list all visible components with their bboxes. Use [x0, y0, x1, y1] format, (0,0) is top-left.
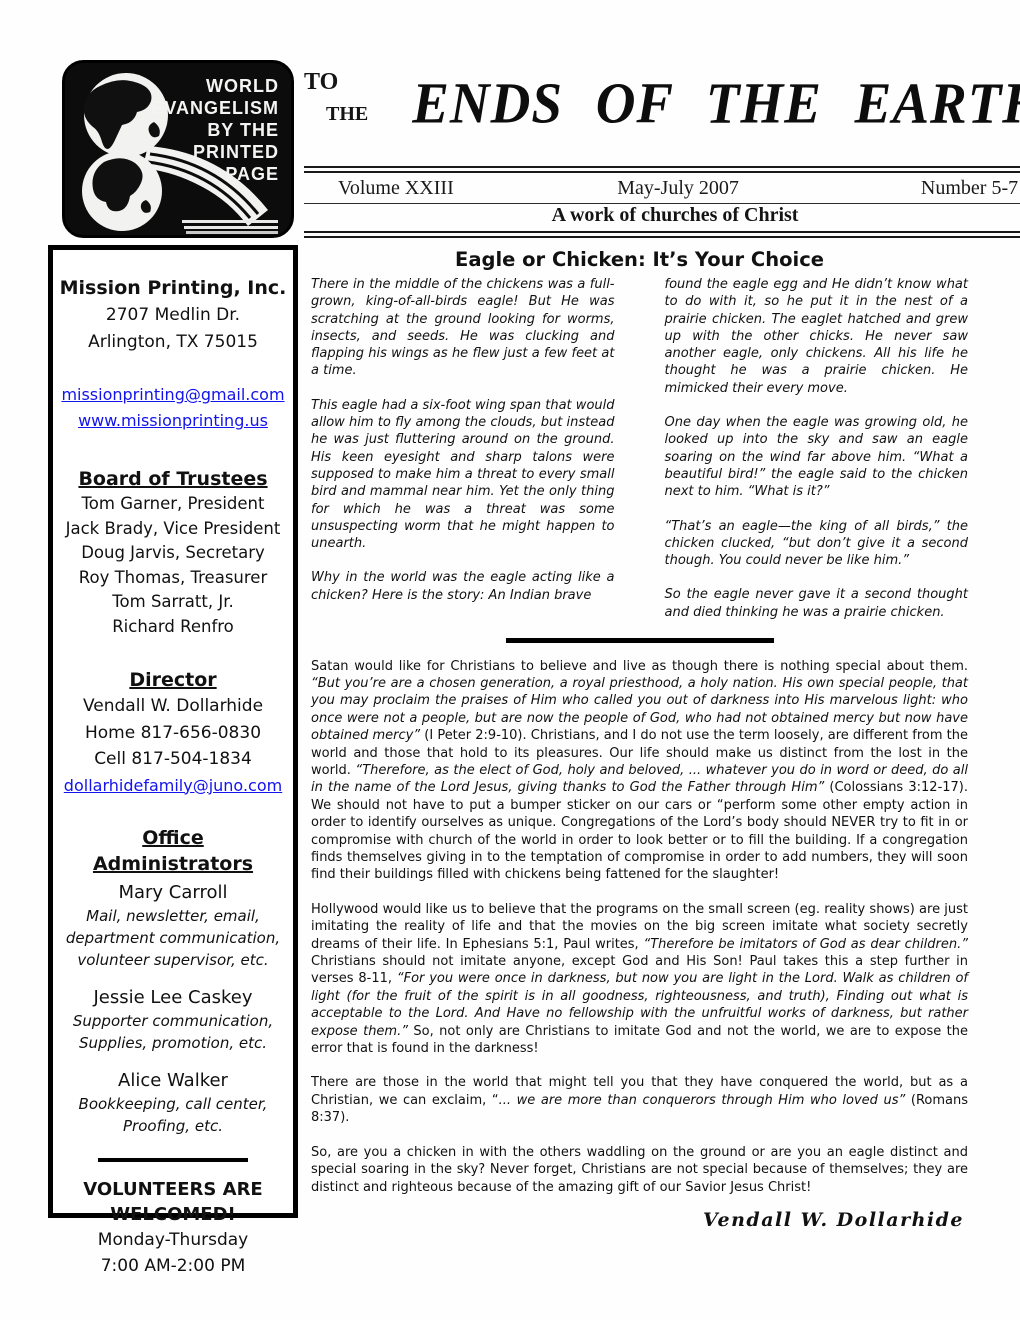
story-paragraph: “That’s an eagle—the king of all birds,”…	[665, 518, 969, 570]
story-column-left: There in the middle of the chickens was …	[311, 276, 615, 638]
org-address-line1: 2707 Medlin Dr.	[59, 302, 287, 329]
author-signature: Vendall W. Dollarhide	[311, 1209, 968, 1231]
admin-role: Bookkeeping, call center, Proofing, etc.	[59, 1093, 287, 1137]
director-email-link[interactable]: dollarhidefamily@juno.com	[59, 773, 287, 799]
trustee-item: Roy Thomas, Treasurer	[59, 566, 287, 591]
to-word: TO	[304, 70, 368, 94]
globe-africa-icon	[82, 151, 162, 231]
volume-label: Volume XXIII	[338, 177, 565, 200]
logo-text-line: WORLD	[206, 76, 279, 96]
newsletter-page: WORLD EVANGELISM BY THE PRINTED PAGE TO …	[0, 0, 1020, 1320]
article-title: Eagle or Chicken: It’s Your Choice	[311, 248, 968, 271]
logo-text-line: EVANGELISM	[151, 98, 279, 118]
logo-text-line: BY THE	[207, 120, 279, 140]
section-divider	[506, 638, 774, 643]
story-columns: There in the middle of the chickens was …	[311, 276, 968, 638]
masthead-right: TO THE ENDS OF THE EARTH Volume XXIII Ma…	[304, 60, 1020, 238]
trustee-item: Doug Jarvis, Secretary	[59, 541, 287, 566]
volunteers-heading-line1: VOLUNTEERS ARE	[59, 1177, 287, 1202]
director-name: Vendall W. Dollarhide	[59, 693, 287, 720]
tagline: A work of churches of Christ	[304, 204, 1020, 231]
admin-name: Jessie Lee Caskey	[59, 986, 287, 1010]
sidebar-divider	[98, 1158, 248, 1163]
trustee-item: Tom Sarratt, Jr.	[59, 590, 287, 615]
director-cell-phone: Cell 817-504-1834	[59, 746, 287, 773]
masthead-rule-top	[304, 166, 1020, 173]
logo-text-line: PAGE	[225, 164, 279, 184]
org-name: Mission Printing, Inc.	[59, 274, 287, 302]
admin-name: Mary Carroll	[59, 881, 287, 905]
to-the-label: TO THE	[304, 70, 368, 124]
issue-date: May-July 2007	[565, 177, 792, 200]
story-column-right: found the eagle egg and He didn’t know w…	[665, 276, 969, 638]
trustee-item: Richard Renfro	[59, 615, 287, 640]
story-paragraph: found the eagle egg and He didn’t know w…	[665, 276, 969, 397]
article: Eagle or Chicken: It’s Your Choice There…	[311, 245, 968, 1231]
masthead-rule-bottom	[304, 231, 1020, 238]
info-sidebar: Mission Printing, Inc. 2707 Medlin Dr. A…	[48, 245, 298, 1218]
org-address-line2: Arlington, TX 75015	[59, 329, 287, 356]
masthead: WORLD EVANGELISM BY THE PRINTED PAGE TO …	[62, 60, 965, 238]
story-paragraph: There in the middle of the chickens was …	[311, 276, 615, 380]
story-paragraph: One day when the eagle was growing old, …	[665, 414, 969, 500]
director-heading: Director	[59, 667, 287, 693]
logo-text-line: PRINTED	[193, 142, 279, 162]
logo-graphic: WORLD EVANGELISM BY THE PRINTED PAGE	[62, 60, 294, 238]
org-email-link[interactable]: missionprinting@gmail.com	[59, 382, 287, 408]
issue-number: Number 5-7	[791, 177, 1018, 200]
content-area: Mission Printing, Inc. 2707 Medlin Dr. A…	[48, 245, 968, 1231]
trustee-item: Jack Brady, Vice President	[59, 517, 287, 542]
director-home-phone: Home 817-656-0830	[59, 720, 287, 747]
story-paragraph: Why in the world was the eagle acting li…	[311, 569, 615, 604]
volunteers-hours: 7:00 AM-2:00 PM	[59, 1253, 287, 1279]
volunteers-heading-line2: WELCOMED!	[59, 1202, 287, 1227]
story-paragraph: This eagle had a six-foot wing span that…	[311, 397, 615, 553]
world-evangelism-logo: WORLD EVANGELISM BY THE PRINTED PAGE	[62, 60, 294, 238]
the-word: THE	[326, 104, 368, 124]
story-paragraph: So the eagle never gave it a second thou…	[665, 586, 969, 621]
newsletter-title: ENDS OF THE EARTH	[412, 70, 1020, 136]
article-paragraph: Satan would like for Christians to belie…	[311, 658, 968, 884]
masthead-title-row: TO THE ENDS OF THE EARTH	[304, 60, 1020, 166]
article-paragraph: So, are you a chicken in with the others…	[311, 1144, 968, 1196]
trustees-heading: Board of Trustees	[59, 466, 287, 492]
issue-info-row: Volume XXIII May-July 2007 Number 5-7	[304, 173, 1020, 203]
admins-heading: Office Administrators	[59, 825, 287, 877]
org-website-link[interactable]: www.missionprinting.us	[59, 408, 287, 434]
trustee-item: Tom Garner, President	[59, 492, 287, 517]
article-paragraph: There are those in the world that might …	[311, 1074, 968, 1126]
admin-role: Supporter communication, Supplies, promo…	[59, 1010, 287, 1054]
volunteers-days: Monday-Thursday	[59, 1227, 287, 1253]
admin-role: Mail, newsletter, email, department comm…	[59, 905, 287, 971]
admin-name: Alice Walker	[59, 1069, 287, 1093]
article-paragraph: Hollywood would like us to believe that …	[311, 901, 968, 1058]
